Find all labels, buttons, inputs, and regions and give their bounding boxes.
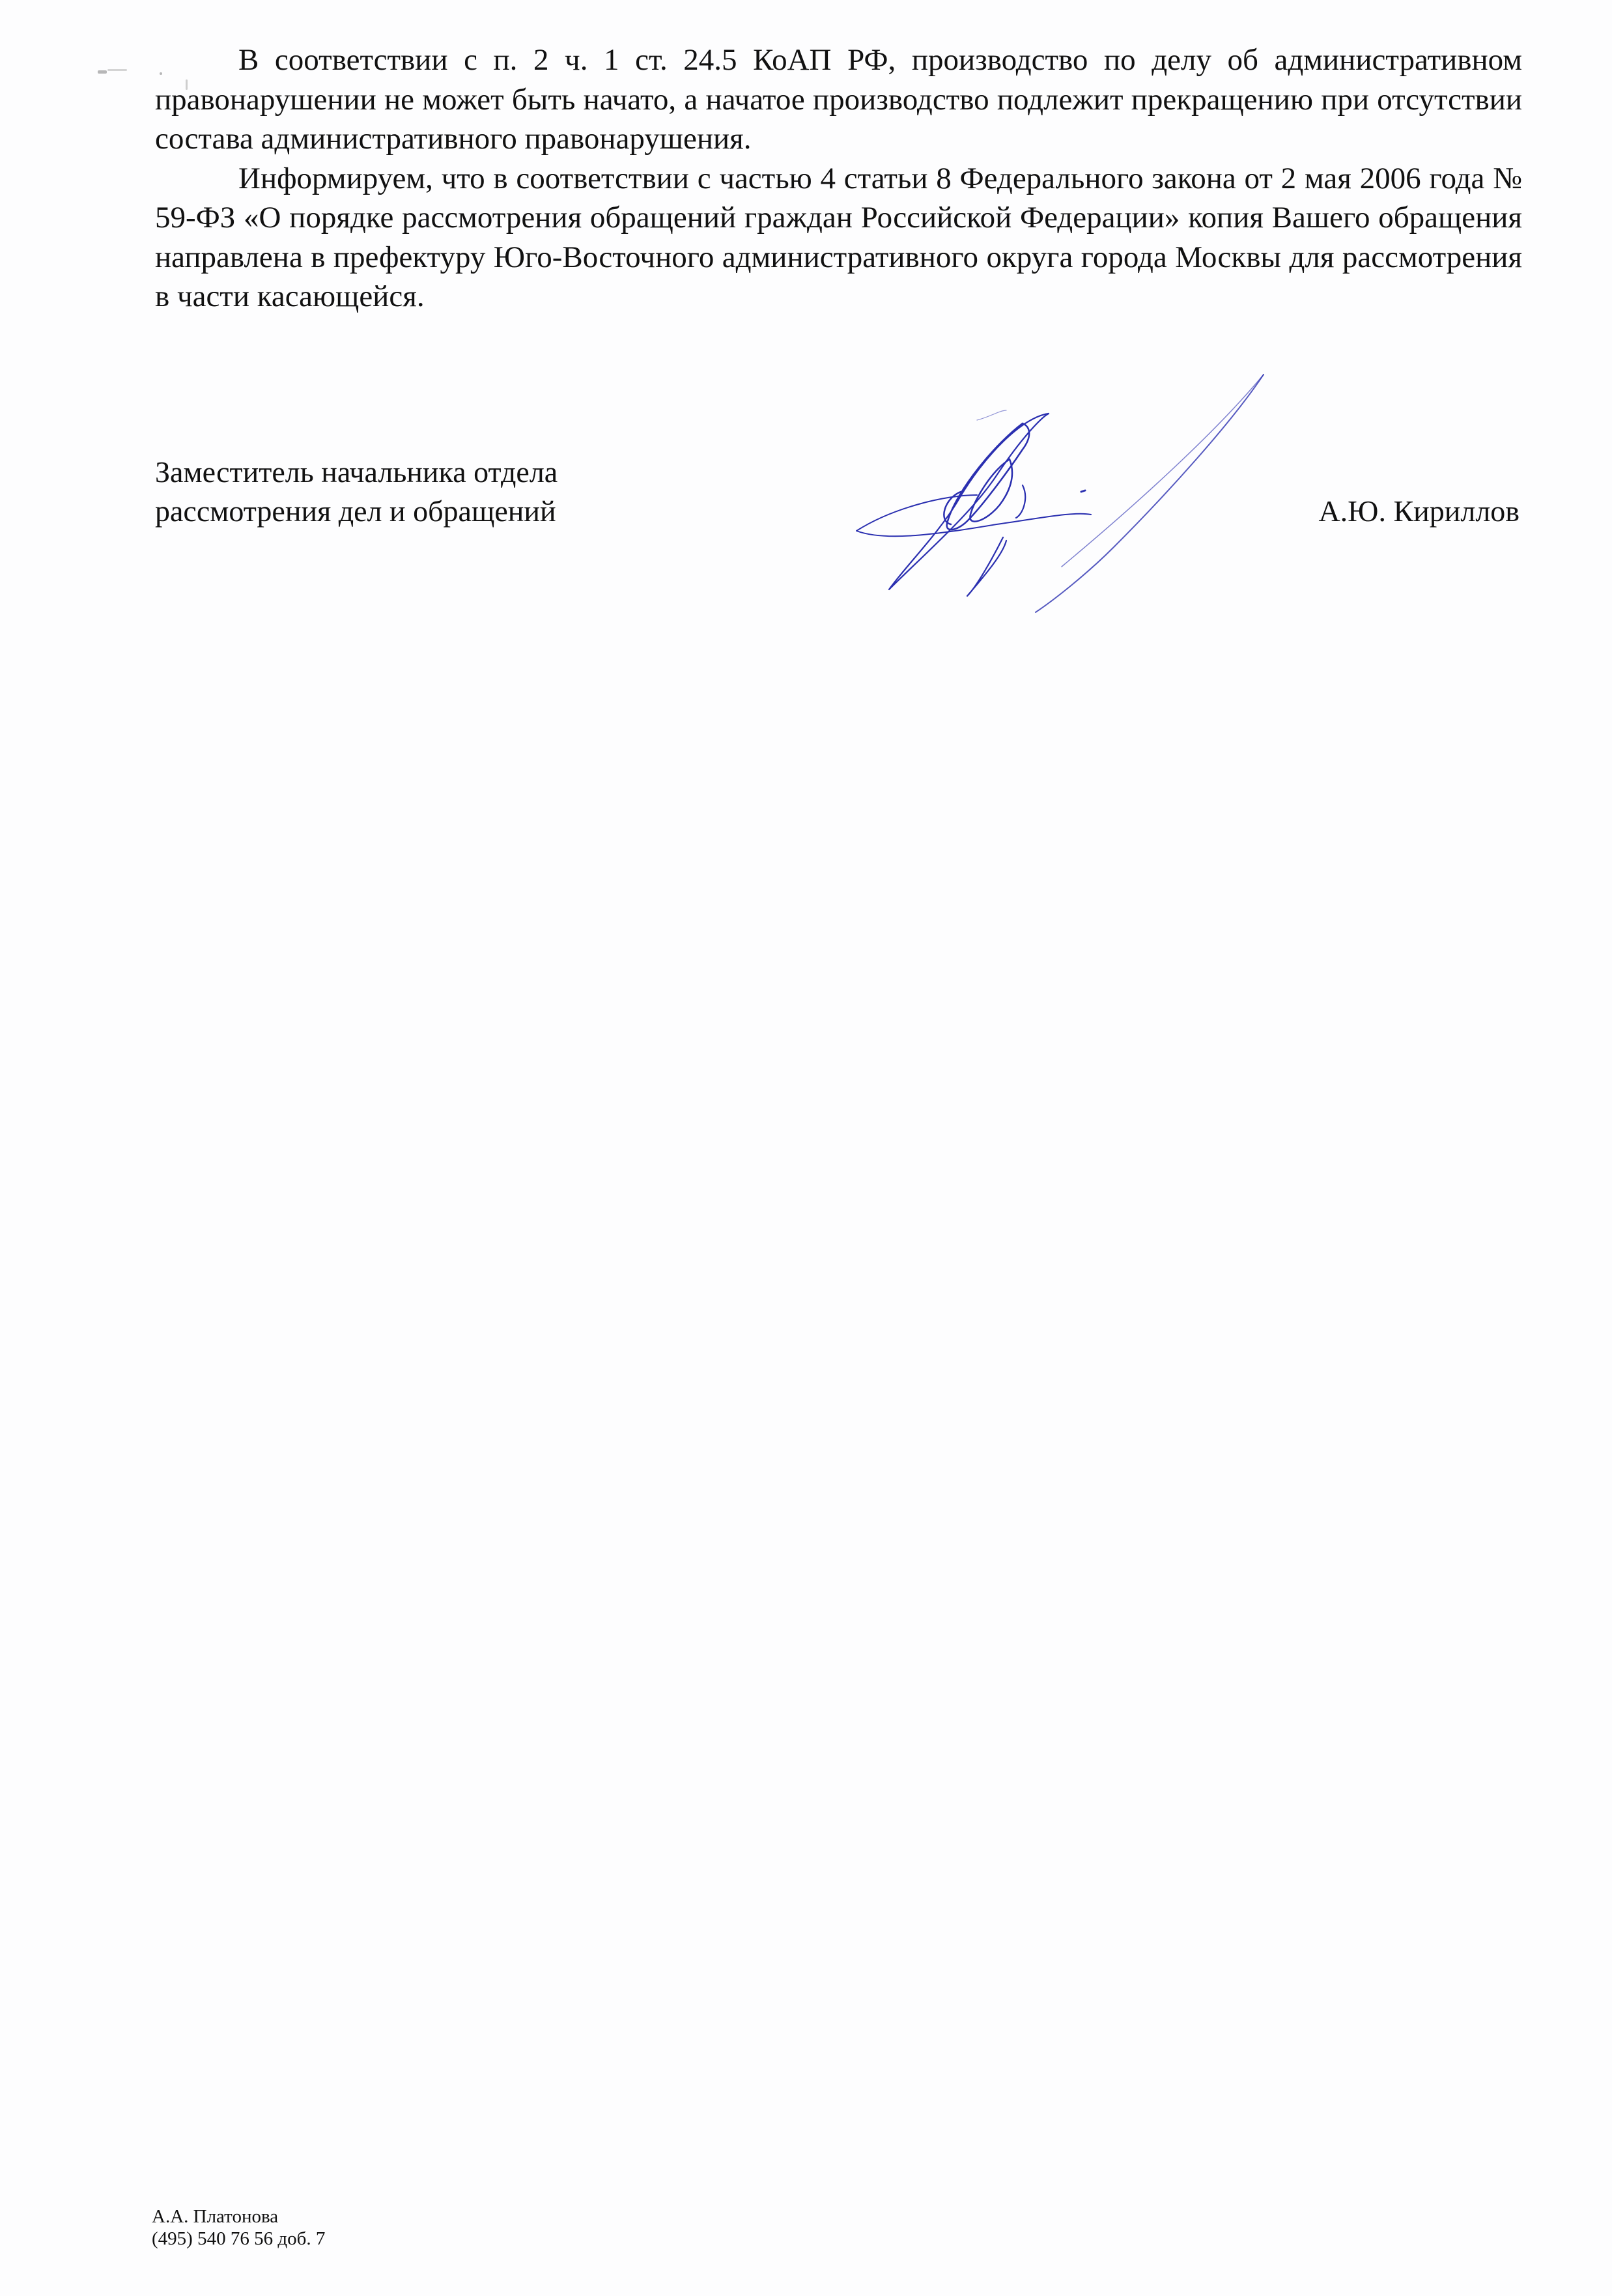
executor-phone: (495) 540 76 56 доб. 7: [152, 2228, 325, 2250]
handwritten-signature-icon: [827, 371, 1283, 619]
signatory-title: Заместитель начальника отдела рассмотрен…: [155, 453, 558, 531]
signatory-title-line2: рассмотрения дел и обращений: [155, 492, 558, 531]
scan-artifact: [98, 70, 107, 74]
paragraph-forwarding-notice: Информируем, что в соответствии с частью…: [155, 159, 1522, 317]
paragraph-legal-basis: В соответствии с п. 2 ч. 1 ст. 24.5 КоАП…: [155, 40, 1522, 159]
signatory-title-line1: Заместитель начальника отдела: [155, 453, 558, 492]
signatory-name: А.Ю. Кириллов: [1318, 492, 1520, 531]
scan-artifact: [107, 69, 127, 71]
executor-name: А.А. Платонова: [152, 2205, 325, 2228]
letter-body: В соответствии с п. 2 ч. 1 ст. 24.5 КоАП…: [155, 40, 1522, 317]
executor-footer: А.А. Платонова (495) 540 76 56 доб. 7: [152, 2205, 325, 2250]
